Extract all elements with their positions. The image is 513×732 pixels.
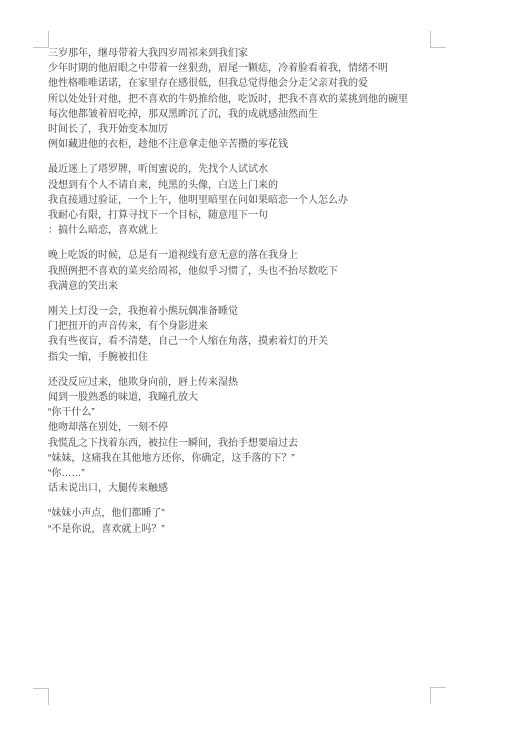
text-line[interactable]: “你干什么” xyxy=(48,405,431,420)
text-line[interactable]: “妹妹，这痛我在其他地方还你，你确定，这手落的下？” xyxy=(48,451,431,466)
text-line[interactable]: 我有些夜盲，看不清楚，自己一个人缩在角落，摸索着灯的开关 xyxy=(48,334,431,349)
text-line[interactable]: 我慌乱之下找着东西，被拉住一瞬间，我抬手想要扇过去 xyxy=(48,436,431,451)
text-line[interactable]: 话未说出口，大腿传来触感 xyxy=(48,481,431,496)
text-line[interactable]: 时间长了，我开始变本加厉 xyxy=(48,122,431,137)
text-line[interactable]: 门把扭开的声音传来，有个身影进来 xyxy=(48,319,431,334)
text-line[interactable]: 所以处处针对他，把不喜欢的牛奶推给他，吃饭时，把我不喜欢的菜挑到他的碗里 xyxy=(48,92,431,107)
text-line[interactable]: 我满意的笑出来 xyxy=(48,279,431,294)
text-line[interactable]: 我耐心有限，打算寻找下一个目标，随意甩下一句 xyxy=(48,208,431,223)
text-line[interactable]: 我照例把不喜欢的菜夹给周祁，他似乎习惯了，头也不抬尽数吃下 xyxy=(48,264,431,279)
crop-mark-bottom-left-icon xyxy=(33,688,49,705)
text-line[interactable]: ：搞什么暗恋，喜欢就上 xyxy=(48,223,431,238)
text-line[interactable]: 他吻却落在别处，一刻不停 xyxy=(48,420,431,435)
text-line[interactable]: 晚上吃饭的时候，总是有一道视线有意无意的落在我身上 xyxy=(48,248,431,263)
crop-mark-top-right-icon xyxy=(430,31,446,48)
text-line[interactable]: 他性格唯唯诺诺，在家里存在感很低，但我总觉得他会分走父亲对我的爱 xyxy=(48,76,431,91)
text-line[interactable]: 我直接通过验证，一个上午，他明里暗里在问如果暗恋一个人怎么办 xyxy=(48,193,431,208)
paragraph: “妹妹小声点，他们都睡了” “不是你说，喜欢就上吗？” xyxy=(48,506,431,536)
document-page: 三岁那年，继母带着大我四岁周祁来到我们家 少年时期的他眉眼之中带着一丝狠劲，眉尾… xyxy=(0,0,513,732)
text-line[interactable]: 还没反应过来，他欺身向前，唇上传来湿热 xyxy=(48,375,431,390)
text-line[interactable]: 没想到有个人不请自来，纯黑的头像，白送上门来的 xyxy=(48,178,431,193)
paragraph: 刚关上灯没一会，我抱着小熊玩偶准备睡觉 门把扭开的声音传来，有个身影进来 我有些… xyxy=(48,304,431,365)
crop-mark-bottom-right-icon xyxy=(430,687,446,704)
text-line[interactable]: 例如藏进他的衣柜，趁他不注意拿走他辛苦攒的零花钱 xyxy=(48,137,431,152)
paragraph: 晚上吃饭的时候，总是有一道视线有意无意的落在我身上 我照例把不喜欢的菜夹给周祁，… xyxy=(48,248,431,294)
text-line[interactable]: 最近迷上了塔罗牌，听闺蜜说的，先找个人试试水 xyxy=(48,162,431,177)
text-line[interactable]: 少年时期的他眉眼之中带着一丝狠劲，眉尾一颗痣，冷着脸看着我，情绪不明 xyxy=(48,61,431,76)
text-line[interactable]: 每次他都皱着眉吃掉，那双黑眸沉了沉，我的成就感油然而生 xyxy=(48,107,431,122)
text-line[interactable]: “不是你说，喜欢就上吗？” xyxy=(48,522,431,537)
text-line[interactable]: “妹妹小声点，他们都睡了” xyxy=(48,506,431,521)
text-line[interactable]: “你……” xyxy=(48,466,431,481)
text-line[interactable]: 三岁那年，继母带着大我四岁周祁来到我们家 xyxy=(48,46,431,61)
document-text[interactable]: 三岁那年，继母带着大我四岁周祁来到我们家 少年时期的他眉眼之中带着一丝狠劲，眉尾… xyxy=(48,46,431,547)
paragraph: 三岁那年，继母带着大我四岁周祁来到我们家 少年时期的他眉眼之中带着一丝狠劲，眉尾… xyxy=(48,46,431,152)
paragraph: 还没反应过来，他欺身向前，唇上传来湿热 闻到一股熟悉的味道，我瞳孔放大 “你干什… xyxy=(48,375,431,497)
text-line[interactable]: 刚关上灯没一会，我抱着小熊玩偶准备睡觉 xyxy=(48,304,431,319)
paragraph: 最近迷上了塔罗牌，听闺蜜说的，先找个人试试水 没想到有个人不请自来，纯黑的头像，… xyxy=(48,162,431,238)
crop-mark-top-left-icon xyxy=(33,31,49,48)
text-line[interactable]: 闻到一股熟悉的味道，我瞳孔放大 xyxy=(48,390,431,405)
text-line[interactable]: 指尖一缩，手腕被扣住 xyxy=(48,350,431,365)
